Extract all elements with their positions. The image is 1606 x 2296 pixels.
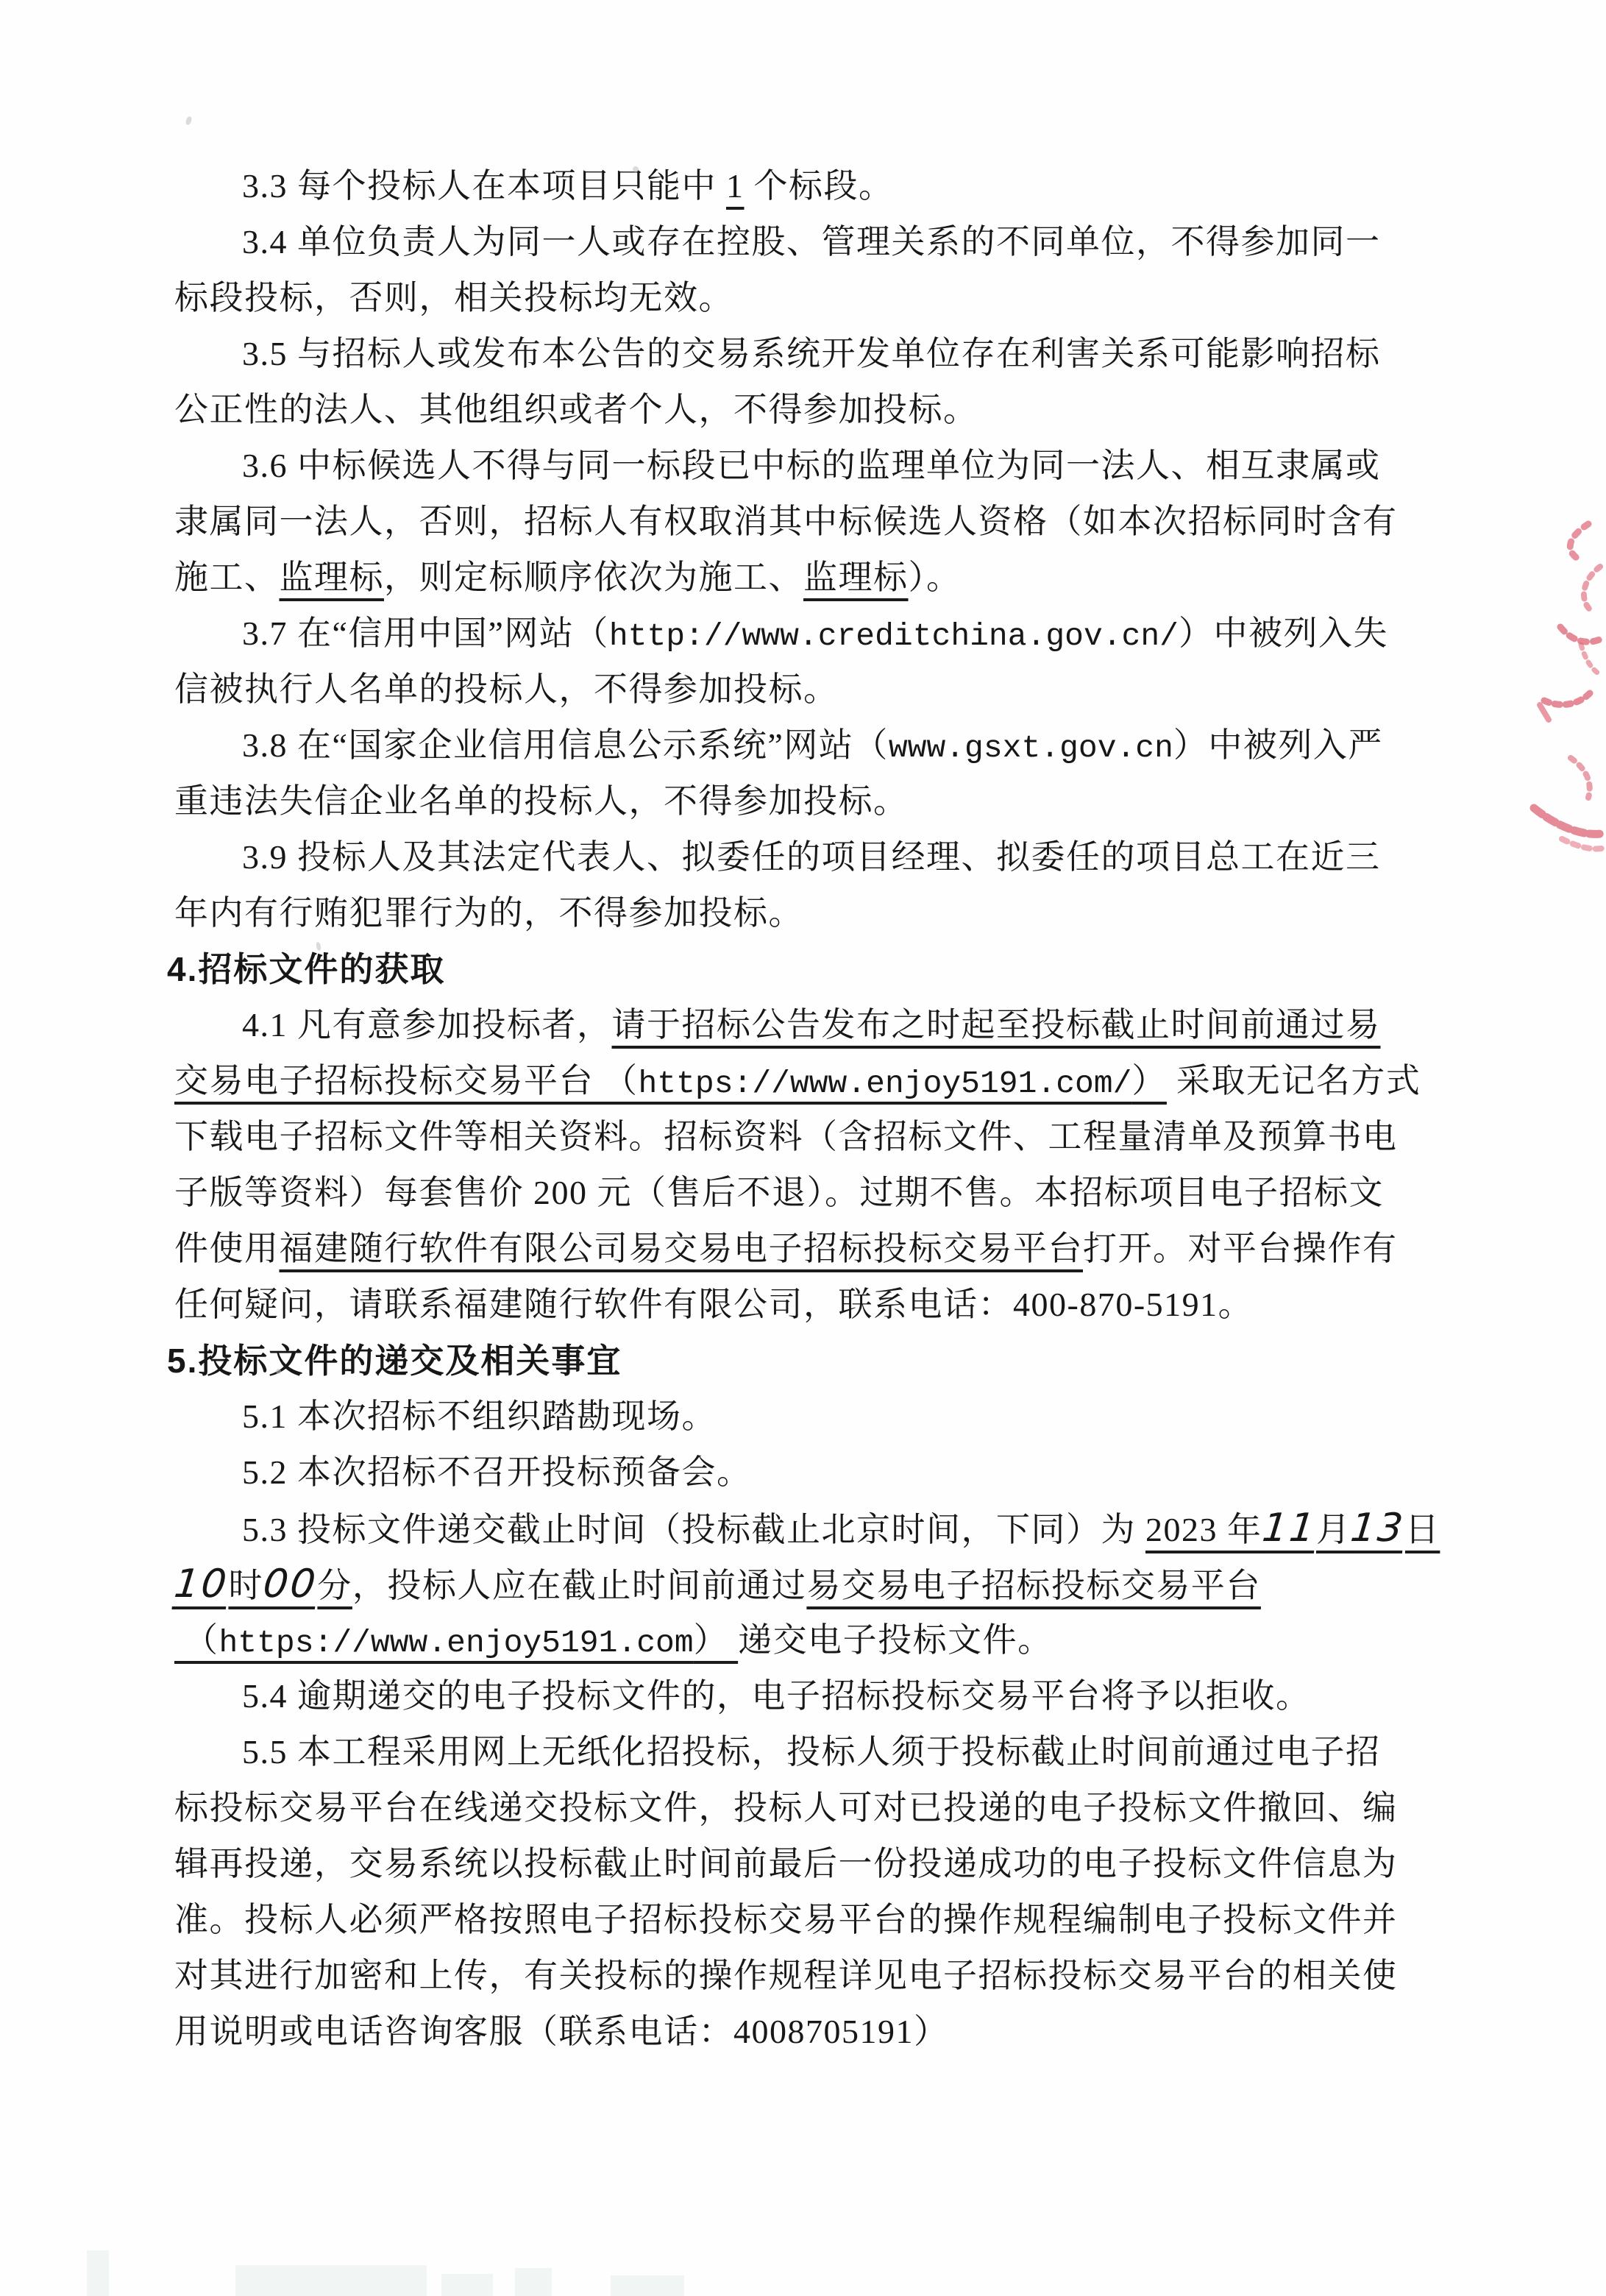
bleed-through-mark <box>611 2275 684 2296</box>
document-content: 3.3 每个投标人在本项目只能中 1 个标段。3.4 单位负责人为同一人或存在控… <box>174 158 1452 2060</box>
scan-speck <box>633 166 639 172</box>
text-line: 5.2 本次招标不召开投标预备会。 <box>174 1445 1452 1500</box>
text-line: 辑再投递，交易系统以投标截止时间前最后一份投递成功的电子投标文件信息为 <box>174 1836 1452 1892</box>
text-line: 子版等资料）每套售价 200 元（售后不退）。过期不售。本招标项目电子招标文 <box>174 1165 1452 1221</box>
bleed-through-mark <box>235 2265 427 2296</box>
bleed-through-mark <box>441 2274 493 2296</box>
text-line: （https://www.enjoy5191.com） 递交电子投标文件。 <box>174 1612 1452 1668</box>
text-line: 对其进行加密和上传，有关投标的操作规程详见电子招标投标交易平台的相关使 <box>174 1948 1452 2004</box>
text-segment: 打开。对平台操作有 <box>1083 1230 1398 1267</box>
text-segment: 3.4 单位负责人为同一人或存在控股、管理关系的不同单位，不得参加同一 <box>242 223 1381 261</box>
text-line: 公正性的法人、其他组织或者个人，不得参加投标。 <box>174 382 1452 438</box>
text-segment: 采取无记名方式 <box>1167 1062 1421 1099</box>
text-line: 任何疑问，请联系福建随行软件有限公司，联系电话：400-870-5191。 <box>174 1277 1452 1333</box>
text-segment: 重违法失信企业名单的投标人，不得参加投标。 <box>174 782 909 820</box>
text-segment: 5.投标文件的递交及相关事宜 <box>167 1342 622 1380</box>
bleed-through-mark <box>87 2250 109 2296</box>
scanned-document-page: 3.3 每个投标人在本项目只能中 1 个标段。3.4 单位负责人为同一人或存在控… <box>0 0 1606 2296</box>
text-line: 10时00分，投标人应在截止时间前通过易交易电子招标投标交易平台 <box>174 1556 1452 1612</box>
text-line: 重违法失信企业名单的投标人，不得参加投标。 <box>174 773 1452 829</box>
url-text: https://www.enjoy5191.com <box>219 1625 694 1661</box>
text-segment: ）中被列入失 <box>1179 614 1388 652</box>
scan-speck <box>185 116 193 126</box>
text-segment: 3.3 每个投标人在本项目只能中 <box>242 167 726 205</box>
handwritten-text: 13 <box>1348 1500 1407 1556</box>
text-segment: 用说明或电话咨询客服（联系电话：4008705191） <box>174 2013 949 2050</box>
text-segment: 标投标交易平台在线递交投标文件，投标人可对已投递的电子投标文件撤回、编 <box>174 1789 1398 1826</box>
text-line: 施工、监理标，则定标顺序依次为施工、监理标）。 <box>174 550 1452 606</box>
text-segment: 2023 年 <box>1145 1511 1262 1548</box>
text-segment: 1 <box>726 167 745 205</box>
text-segment: ）。 <box>909 559 962 596</box>
text-segment: 递交电子投标文件。 <box>738 1621 1053 1659</box>
text-segment: ） <box>1131 1062 1167 1099</box>
text-segment: 3.7 在“信用中国”网站（ <box>242 614 609 652</box>
text-segment: 辑再投递，交易系统以投标截止时间前最后一份投递成功的电子投标文件信息为 <box>174 1845 1398 1882</box>
text-line: 标投标交易平台在线递交投标文件，投标人可对已投递的电子投标文件撤回、编 <box>174 1780 1452 1836</box>
text-segment: 5.5 本工程采用网上无纸化招投标，投标人须于投标截止时间前通过电子招 <box>242 1733 1381 1771</box>
text-segment: 标段投标，否则，相关投标均无效。 <box>174 279 733 316</box>
text-line: 3.7 在“信用中国”网站（http://www.creditchina.gov… <box>174 606 1452 662</box>
text-line: 5.3 投标文件递交截止时间（投标截止北京时间，下同）为 2023 年11月13… <box>174 1500 1452 1556</box>
text-segment: 隶属同一法人，否则，招标人有权取消其中标候选人资格（如本次招标同时含有 <box>174 503 1398 540</box>
text-line: 3.6 中标候选人不得与同一标段已中标的监理单位为同一法人、相互隶属或 <box>174 438 1452 494</box>
text-segment: 易交易电子招标投标交易平台 <box>806 1567 1261 1604</box>
text-line: 3.3 每个投标人在本项目只能中 1 个标段。 <box>174 158 1452 214</box>
text-segment: 件使用 <box>174 1230 280 1267</box>
text-segment: 准。投标人必须严格按照电子招标投标交易平台的操作规程编制电子投标文件并 <box>174 1901 1398 1938</box>
text-segment: ，则定标顺序依次为施工、 <box>384 559 803 596</box>
text-line: 3.9 投标人及其法定代表人、拟委任的项目经理、拟委任的项目总工在近三 <box>174 829 1452 885</box>
text-segment: 个标段。 <box>745 167 894 205</box>
text-line: 交易电子招标投标交易平台 （https://www.enjoy5191.com/… <box>174 1053 1452 1109</box>
text-segment: 3.5 与招标人或发布本公告的交易系统开发单位存在利害关系可能影响招标 <box>242 335 1381 372</box>
text-segment: 子版等资料）每套售价 200 元（售后不退）。过期不售。本招标项目电子招标文 <box>174 1174 1384 1211</box>
text-segment: 监理标 <box>803 559 909 596</box>
text-line: 3.8 在“国家企业信用信息公示系统”网站（www.gsxt.gov.cn）中被… <box>174 717 1452 773</box>
handwritten-text: 10 <box>171 1556 231 1612</box>
section-heading: 4.招标文件的获取 <box>167 941 1452 997</box>
text-segment: 分 <box>317 1567 352 1604</box>
text-line: 准。投标人必须严格按照电子招标投标交易平台的操作规程编制电子投标文件并 <box>174 1892 1452 1948</box>
text-segment: ）中被列入严 <box>1173 726 1383 764</box>
text-line: 隶属同一法人，否则，招标人有权取消其中标候选人资格（如本次招标同时含有 <box>174 494 1452 550</box>
text-line: 5.4 逾期递交的电子投标文件的，电子招标投标交易平台将予以拒收。 <box>174 1668 1452 1724</box>
red-seal-fragment <box>1518 515 1606 861</box>
text-segment: 福建随行软件有限公司易交易电子招标投标交易平台 <box>280 1230 1084 1267</box>
text-segment: （ <box>174 1621 219 1659</box>
text-segment: 时 <box>228 1567 263 1604</box>
text-line: 3.5 与招标人或发布本公告的交易系统开发单位存在利害关系可能影响招标 <box>174 326 1452 382</box>
text-segment: 监理标 <box>280 559 385 596</box>
handwritten-text: 11 <box>1259 1500 1319 1556</box>
text-line: 5.1 本次招标不组织踏勘现场。 <box>174 1389 1452 1445</box>
text-segment: 5.2 本次招标不召开投标预备会。 <box>242 1453 752 1491</box>
text-line: 年内有行贿犯罪行为的，不得参加投标。 <box>174 885 1452 941</box>
text-segment: 5.3 投标文件递交截止时间（投标截止北京时间，下同）为 <box>242 1511 1145 1548</box>
text-line: 标段投标，否则，相关投标均无效。 <box>174 270 1452 326</box>
text-segment: 5.4 逾期递交的电子投标文件的，电子招标投标交易平台将予以拒收。 <box>242 1677 1311 1715</box>
text-segment: 对其进行加密和上传，有关投标的操作规程详见电子招标投标交易平台的相关使 <box>174 1957 1398 1994</box>
handwritten-text: 00 <box>260 1556 320 1612</box>
text-segment: ，投标人应在截止时间前通过 <box>352 1567 807 1604</box>
text-segment: 3.6 中标候选人不得与同一标段已中标的监理单位为同一法人、相互隶属或 <box>242 447 1381 484</box>
text-line: 4.1 凡有意参加投标者，请于招标公告发布之时起至投标截止时间前通过易 <box>174 997 1452 1053</box>
text-segment: 3.9 投标人及其法定代表人、拟委任的项目经理、拟委任的项目总工在近三 <box>242 838 1381 876</box>
section-heading: 5.投标文件的递交及相关事宜 <box>167 1333 1452 1389</box>
text-segment: 日 <box>1405 1511 1440 1548</box>
text-segment: 年内有行贿犯罪行为的，不得参加投标。 <box>174 894 803 932</box>
bleed-through-mark <box>515 2268 552 2296</box>
text-segment: 信被执行人名单的投标人，不得参加投标。 <box>174 670 839 708</box>
text-segment: 任何疑问，请联系福建随行软件有限公司，联系电话：400-870-5191。 <box>174 1286 1253 1323</box>
text-line: 用说明或电话咨询客服（联系电话：4008705191） <box>174 2004 1452 2060</box>
text-line: 件使用福建随行软件有限公司易交易电子招标投标交易平台打开。对平台操作有 <box>174 1221 1452 1277</box>
url-text: http://www.creditchina.gov.cn/ <box>609 618 1179 654</box>
url-text: https://www.enjoy5191.com/ <box>639 1066 1132 1102</box>
text-line: 下载电子招标文件等相关资料。招标资料（含招标文件、工程量清单及预算书电 <box>174 1109 1452 1165</box>
text-line: 3.4 单位负责人为同一人或存在控股、管理关系的不同单位，不得参加同一 <box>174 214 1452 270</box>
text-segment: 4.招标文件的获取 <box>167 950 445 988</box>
text-segment: 5.1 本次招标不组织踏勘现场。 <box>242 1397 717 1435</box>
scan-speck <box>276 1369 281 1374</box>
text-segment: 请于招标公告发布之时起至投标截止时间前通过易 <box>612 1006 1381 1044</box>
text-segment: 施工、 <box>174 559 280 596</box>
url-text: www.gsxt.gov.cn <box>889 730 1173 766</box>
text-segment: ） <box>694 1621 739 1659</box>
text-segment: 下载电子招标文件等相关资料。招标资料（含招标文件、工程量清单及预算书电 <box>174 1118 1398 1155</box>
text-segment: 公正性的法人、其他组织或者个人，不得参加投标。 <box>174 391 978 428</box>
text-line: 5.5 本工程采用网上无纸化招投标，投标人须于投标截止时间前通过电子招 <box>174 1724 1452 1780</box>
text-line: 信被执行人名单的投标人，不得参加投标。 <box>174 662 1452 717</box>
text-segment: 4.1 凡有意参加投标者， <box>242 1006 612 1044</box>
text-segment: 月 <box>1316 1511 1351 1548</box>
text-segment: 3.8 在“国家企业信用信息公示系统”网站（ <box>242 726 889 764</box>
text-segment: 交易电子招标投标交易平台 （ <box>174 1062 639 1099</box>
